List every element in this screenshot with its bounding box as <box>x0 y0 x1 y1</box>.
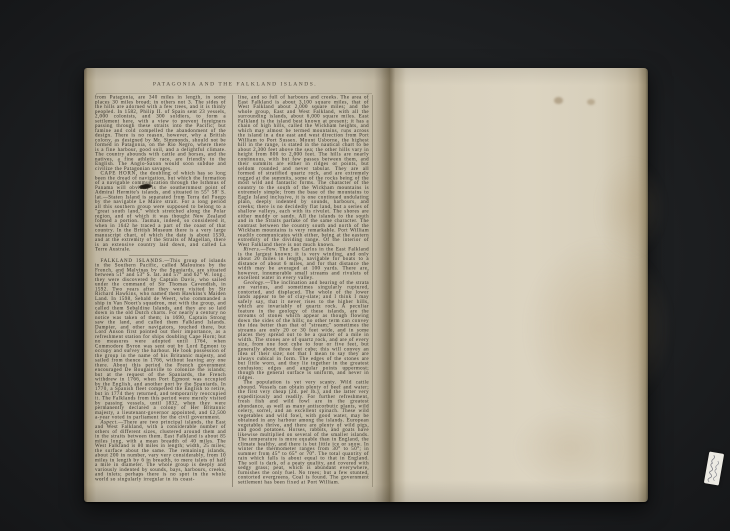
paragraph: The population is yet very scanty. Wild … <box>238 380 369 485</box>
column-left: from Patagonia, are 340 miles in length,… <box>95 95 226 482</box>
paragraph: Aspect.—There are two principal islands,… <box>95 420 226 482</box>
paragraph: Rivers.—Few. The San Carlos in the East … <box>238 247 369 280</box>
paragraph-text: line, and so full of harbours and creeks… <box>238 95 369 248</box>
column-divider-rule <box>232 95 233 487</box>
paragraph-text: The population is yet very scanty. Wild … <box>238 380 369 485</box>
paragraph: FALKLAND ISLANDS.—This group of islands … <box>95 258 226 420</box>
running-header-wrap: PATAGONIA AND THE FALKLAND ISLANDS. <box>95 81 375 87</box>
section-divider <box>129 255 188 256</box>
paragraph-text: —There are two principal islands, the Ea… <box>95 419 226 482</box>
paragraph-text: —Few. The San Carlos in the East Falklan… <box>238 247 369 281</box>
book-photo: { "colors": { "photo_background": "#191a… <box>0 0 730 531</box>
page-left: PATAGONIA AND THE FALKLAND ISLANDS. from… <box>84 68 390 502</box>
text-frame-rule <box>372 95 373 487</box>
paragraph: CAPE HORN, the doubling of which has so … <box>95 171 226 252</box>
page-right-blank <box>390 68 648 502</box>
paragraph: from Patagonia, are 340 miles in length,… <box>95 95 226 171</box>
header-rule <box>96 93 372 94</box>
paragraph-text: —This group of islands in the Southern P… <box>95 258 226 420</box>
paragraph: line, and so full of harbours and creeks… <box>238 95 369 247</box>
book-spread: PATAGONIA AND THE FALKLAND ISLANDS. from… <box>84 68 648 502</box>
paragraph-text: from Patagonia, are 340 miles in length,… <box>95 95 226 172</box>
paragraph-text: the doubling of which has so long been t… <box>95 171 226 253</box>
paragraph-text: —The inclination and bearing of the stra… <box>238 280 369 381</box>
paragraph: Geology.—The inclination and bearing of … <box>238 280 369 380</box>
column-right: line, and so full of harbours and creeks… <box>238 95 369 485</box>
page-header: PATAGONIA AND THE FALKLAND ISLANDS. <box>95 81 375 87</box>
